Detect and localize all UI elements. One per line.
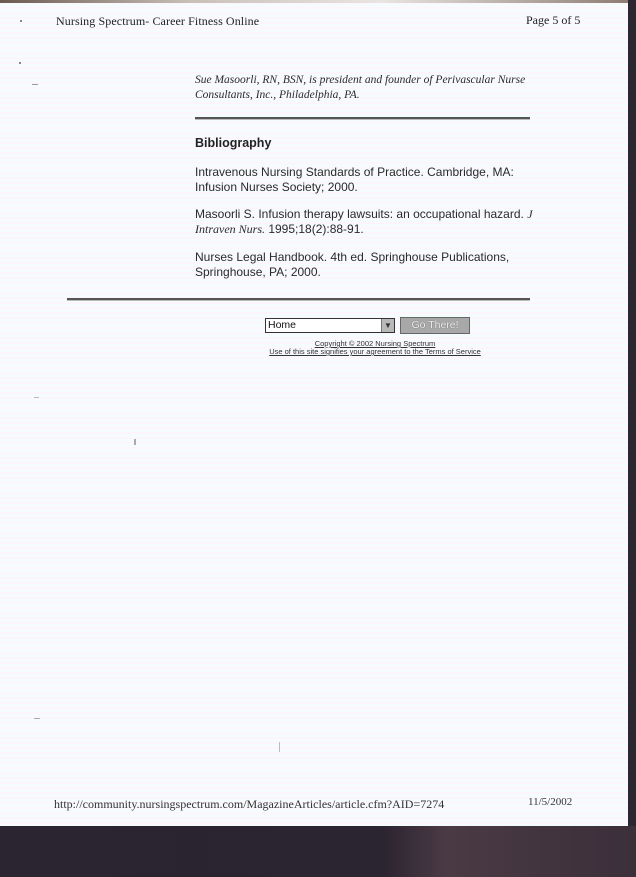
footer-url: http://community.nursingspectrum.com/Mag… xyxy=(54,797,444,812)
terms-of-service-link[interactable]: Use of this site signifies your agreemen… xyxy=(240,347,510,356)
header-title: Nursing Spectrum- Career Fitness Online xyxy=(56,14,259,29)
reference-item: Intravenous Nursing Standards of Practic… xyxy=(195,165,540,195)
divider xyxy=(195,117,530,120)
scan-right-edge xyxy=(628,0,636,877)
scan-speck xyxy=(34,397,39,398)
scan-speck xyxy=(134,439,136,445)
scan-speck xyxy=(32,84,38,85)
scan-speck xyxy=(19,62,21,64)
navigation-select-value: Home xyxy=(268,319,296,331)
reference-item: Masoorli S. Infusion therapy lawsuits: a… xyxy=(195,207,540,237)
printed-page: Nursing Spectrum- Career Fitness Online … xyxy=(0,2,628,826)
bibliography-heading: Bibliography xyxy=(195,136,271,150)
scan-speck xyxy=(34,718,40,719)
scan-speck xyxy=(20,20,22,22)
navigation-select[interactable]: Home ▼ xyxy=(265,318,395,333)
scan-bottom-edge xyxy=(0,826,636,877)
reference-citation: 1995;18(2):88-91. xyxy=(265,222,364,236)
footer-date: 11/5/2002 xyxy=(528,796,572,808)
author-note: Sue Masoorli, RN, BSN, is president and … xyxy=(195,73,540,103)
go-there-button[interactable]: Go There! xyxy=(400,317,470,334)
chevron-down-icon[interactable]: ▼ xyxy=(381,319,394,332)
reference-text: Masoorli S. Infusion therapy lawsuits: a… xyxy=(195,207,527,221)
scan-speck xyxy=(279,742,280,752)
divider xyxy=(67,298,530,301)
reference-item: Nurses Legal Handbook. 4th ed. Springhou… xyxy=(195,250,540,280)
page-indicator: Page 5 of 5 xyxy=(526,13,580,28)
scan-top-edge xyxy=(0,0,636,3)
